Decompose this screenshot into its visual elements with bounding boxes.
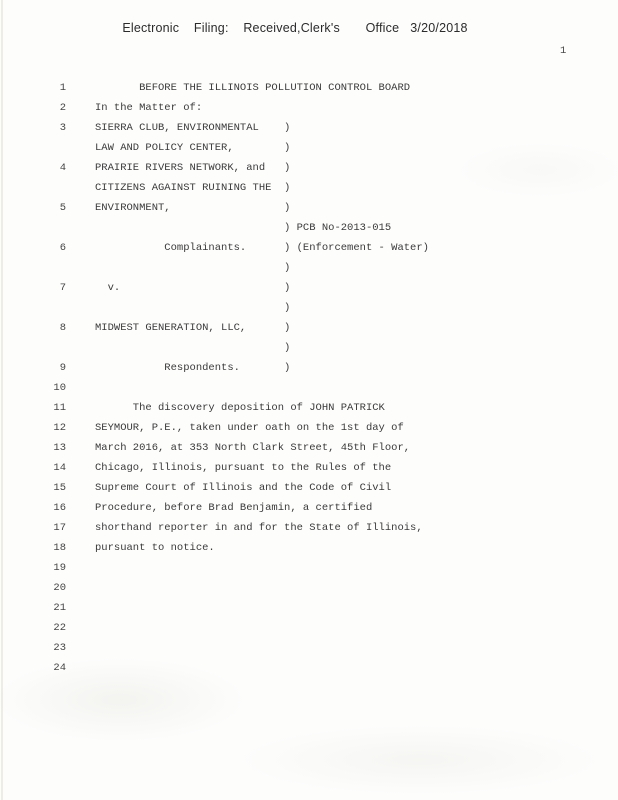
line-number: 18: [40, 538, 66, 558]
line-text: Procedure, before Brad Benjamin, a certi…: [95, 498, 372, 518]
line-number: [40, 138, 66, 158]
transcript-row: 19: [0, 558, 618, 578]
line-text: March 2016, at 353 North Clark Street, 4…: [95, 438, 410, 458]
transcript-row: 14 Chicago, Illinois, pursuant to the Ru…: [0, 458, 618, 478]
line-number: 3: [40, 118, 66, 138]
line-text: Chicago, Illinois, pursuant to the Rules…: [95, 458, 391, 478]
transcript-row: ): [0, 338, 618, 358]
line-number: [40, 178, 66, 198]
transcript-row: 23: [0, 638, 618, 658]
transcript-row: 2 In the Matter of:: [0, 98, 618, 118]
transcript-row: 8 MIDWEST GENERATION, LLC, ): [0, 318, 618, 338]
line-number: 21: [40, 598, 66, 618]
transcript-row: 16 Procedure, before Brad Benjamin, a ce…: [0, 498, 618, 518]
line-number: [40, 258, 66, 278]
line-number: 6: [40, 238, 66, 258]
transcript-row: LAW AND POLICY CENTER, ): [0, 138, 618, 158]
transcript-row: 9 Respondents. ): [0, 358, 618, 378]
line-number: 20: [40, 578, 66, 598]
transcript-row: 15 Supreme Court of Illinois and the Cod…: [0, 478, 618, 498]
line-number: 10: [40, 378, 66, 398]
line-text: SEYMOUR, P.E., taken under oath on the 1…: [95, 418, 404, 438]
transcript-row: 13 March 2016, at 353 North Clark Street…: [0, 438, 618, 458]
line-text: v. ): [95, 278, 290, 298]
line-number: 19: [40, 558, 66, 578]
line-number: 17: [40, 518, 66, 538]
line-number: 24: [40, 658, 66, 678]
transcript: 1 BEFORE THE ILLINOIS POLLUTION CONTROL …: [0, 78, 618, 678]
page-number: 1: [560, 45, 566, 57]
line-number: 16: [40, 498, 66, 518]
line-number: 11: [40, 398, 66, 418]
transcript-row: ): [0, 298, 618, 318]
line-number: 4: [40, 158, 66, 178]
line-number: 8: [40, 318, 66, 338]
transcript-row: 22: [0, 618, 618, 638]
line-text: In the Matter of:: [95, 98, 202, 118]
transcript-row: 7 v. ): [0, 278, 618, 298]
line-number: 12: [40, 418, 66, 438]
line-text: CITIZENS AGAINST RUINING THE ): [95, 178, 290, 198]
transcript-row: 24: [0, 658, 618, 678]
line-text: shorthand reporter in and for the State …: [95, 518, 423, 538]
line-text: Supreme Court of Illinois and the Code o…: [95, 478, 391, 498]
line-text: PRAIRIE RIVERS NETWORK, and ): [95, 158, 290, 178]
line-number: 7: [40, 278, 66, 298]
transcript-row: CITIZENS AGAINST RUINING THE ): [0, 178, 618, 198]
transcript-row: 17 shorthand reporter in and for the Sta…: [0, 518, 618, 538]
line-text: ) PCB No-2013-015: [95, 218, 391, 238]
line-number: 23: [40, 638, 66, 658]
line-text: Complainants. ) (Enforcement - Water): [95, 238, 429, 258]
line-text: Respondents. ): [95, 358, 290, 378]
line-number: 22: [40, 618, 66, 638]
transcript-row: 3 SIERRA CLUB, ENVIRONMENTAL ): [0, 118, 618, 138]
line-text: BEFORE THE ILLINOIS POLLUTION CONTROL BO…: [95, 78, 410, 98]
line-number: 5: [40, 198, 66, 218]
transcript-row: 18 pursuant to notice.: [0, 538, 618, 558]
line-text: ENVIRONMENT, ): [95, 198, 290, 218]
electronic-filing-stamp: Electronic Filing: Received,Clerk's Offi…: [0, 21, 618, 35]
transcript-row: ): [0, 258, 618, 278]
transcript-row: 21: [0, 598, 618, 618]
line-number: [40, 298, 66, 318]
transcript-row: 11 The discovery deposition of JOHN PATR…: [0, 398, 618, 418]
line-number: 13: [40, 438, 66, 458]
transcript-row: 5 ENVIRONMENT, ): [0, 198, 618, 218]
line-text: ): [95, 338, 290, 358]
line-text: MIDWEST GENERATION, LLC, ): [95, 318, 290, 338]
transcript-row: ) PCB No-2013-015: [0, 218, 618, 238]
line-number: 9: [40, 358, 66, 378]
line-number: 15: [40, 478, 66, 498]
line-text: SIERRA CLUB, ENVIRONMENTAL ): [95, 118, 290, 138]
line-number: 14: [40, 458, 66, 478]
line-text: LAW AND POLICY CENTER, ): [95, 138, 290, 158]
line-number: [40, 218, 66, 238]
line-text: The discovery deposition of JOHN PATRICK: [95, 398, 385, 418]
transcript-row: 12 SEYMOUR, P.E., taken under oath on th…: [0, 418, 618, 438]
line-text: pursuant to notice.: [95, 538, 215, 558]
transcript-row: 20: [0, 578, 618, 598]
line-text: ): [95, 298, 290, 318]
transcript-row: 10: [0, 378, 618, 398]
line-number: 2: [40, 98, 66, 118]
transcript-row: 6 Complainants. ) (Enforcement - Water): [0, 238, 618, 258]
transcript-row: 1 BEFORE THE ILLINOIS POLLUTION CONTROL …: [0, 78, 618, 98]
line-number: 1: [40, 78, 66, 98]
line-number: [40, 338, 66, 358]
line-text: ): [95, 258, 290, 278]
document-page: Electronic Filing: Received,Clerk's Offi…: [0, 0, 618, 800]
transcript-row: 4 PRAIRIE RIVERS NETWORK, and ): [0, 158, 618, 178]
